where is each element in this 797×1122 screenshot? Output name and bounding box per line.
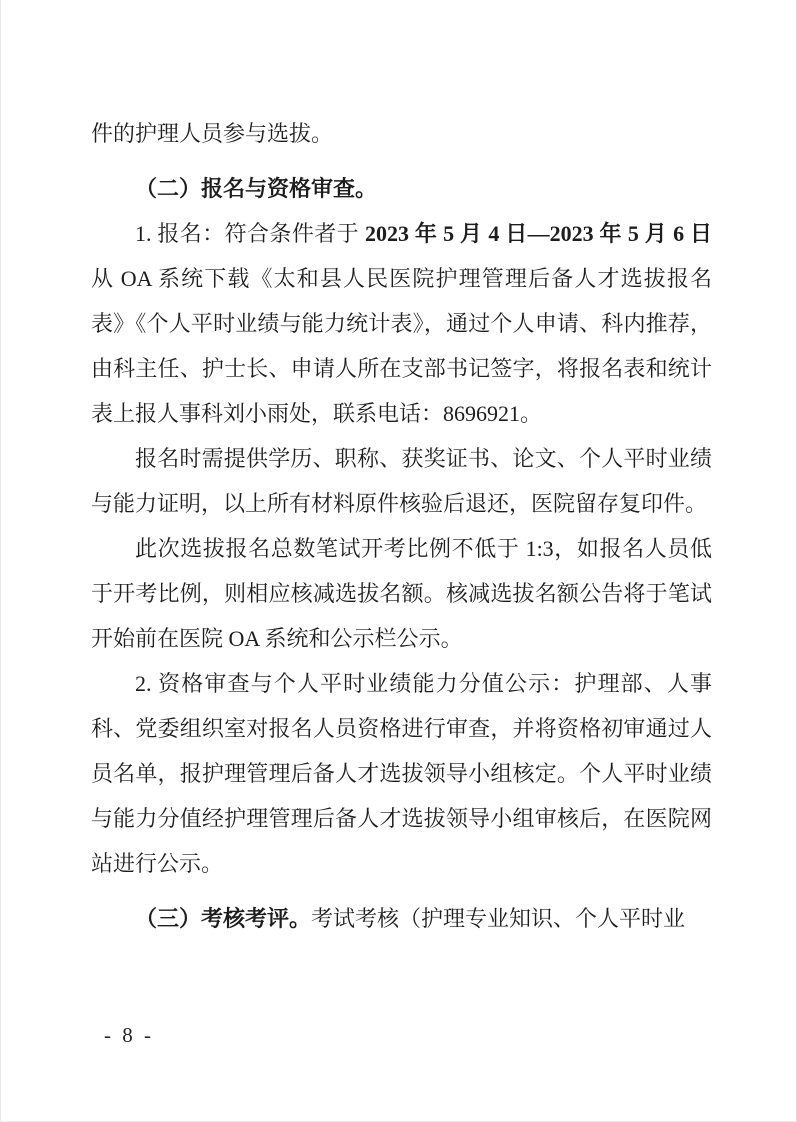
continuation-paragraph: 件的护理人员参与选拔。 (91, 111, 712, 156)
document-page: 件的护理人员参与选拔。（二）报名与资格审查。1. 报名：符合条件者于 2023 … (0, 0, 797, 1122)
text-segment: 从 OA 系统下载《太和县人民医院护理管理后备人才选拔报名表》《个人平时业绩与能… (91, 266, 712, 426)
bold-text-segment: （三）考核考评。 (135, 906, 311, 931)
bold-text-segment: 2023 年 5 月 4 日—2023 年 5 月 6 日 (365, 221, 712, 246)
text-segment: 1. 报名：符合条件者于 (135, 221, 365, 246)
document-body: 件的护理人员参与选拔。（二）报名与资格审查。1. 报名：符合条件者于 2023 … (91, 111, 712, 941)
section-heading-3-paragraph: （三）考核考评。考试考核（护理专业知识、个人平时业 (91, 896, 712, 941)
item-2-qualification-review-paragraph: 2. 资格审查与个人平时业绩能力分值公示：护理部、人事科、党委组织室对报名人员资… (91, 661, 712, 886)
section-heading-2: （二）报名与资格审查。 (91, 166, 712, 211)
bold-text-segment: （二）报名与资格审查。 (135, 176, 377, 201)
page-number: - 8 - (104, 1021, 154, 1049)
materials-paragraph: 报名时需提供学历、职称、获奖证书、论文、个人平时业绩与能力证明，以上所有材料原件… (91, 436, 712, 526)
text-segment: 2. 资格审查与个人平时业绩能力分值公示：护理部、人事科、党委组织室对报名人员资… (91, 671, 712, 876)
exam-ratio-paragraph: 此次选拔报名总数笔试开考比例不低于 1:3，如报名人员低于开考比例，则相应核减选… (91, 526, 712, 661)
text-segment: 此次选拔报名总数笔试开考比例不低于 1:3，如报名人员低于开考比例，则相应核减选… (91, 536, 712, 651)
text-segment: 考试考核（护理专业知识、个人平时业 (311, 906, 685, 931)
item-1-registration-paragraph: 1. 报名：符合条件者于 2023 年 5 月 4 日—2023 年 5 月 6… (91, 211, 712, 436)
text-segment: 件的护理人员参与选拔。 (91, 121, 333, 146)
text-segment: 报名时需提供学历、职称、获奖证书、论文、个人平时业绩与能力证明，以上所有材料原件… (91, 446, 712, 516)
